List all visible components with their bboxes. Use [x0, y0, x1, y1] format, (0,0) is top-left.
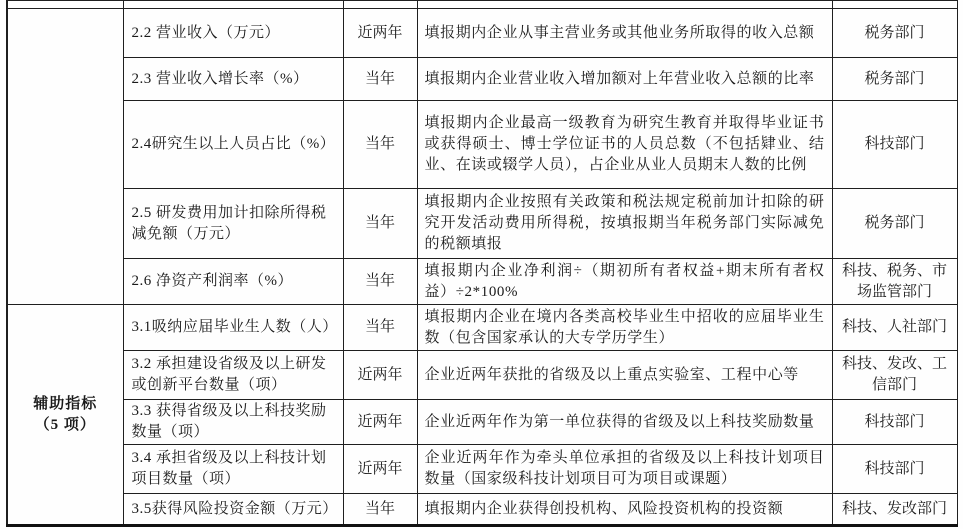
table-row: 3.5获得风险投资金额（万元） 当年 填报期内企业获得创投机构、风险投资机构的投…: [7, 494, 957, 526]
category-cell-empty: [7, 9, 123, 305]
indicator-name: 3.4 承担省级及以上科技计划项目数量（项）: [123, 445, 343, 494]
description-cell: 填报期内企业获得创投机构、风险投资机构的投资额: [417, 494, 832, 526]
description-cell: 填报期内企业营业收入增加额对上年营业收入总额的比率: [417, 58, 832, 101]
table-row: 2.5 研发费用加计扣除所得税减免额（万元） 当年 填报期内企业按照有关政策和税…: [7, 189, 957, 259]
indicator-name: 3.3 获得省级及以上科技奖励数量（项）: [123, 400, 343, 445]
table-row: 3.2 承担建设省级及以上研发或创新平台数量（项） 近两年 企业近两年获批的省级…: [7, 351, 957, 400]
department-cell: 科技、发改、工信部门: [832, 351, 957, 400]
table-row: 3.4 承担省级及以上科技计划项目数量（项） 近两年 企业近两年作为牵头单位承担…: [7, 445, 957, 494]
indicator-name: 3.5获得风险投资金额（万元）: [123, 494, 343, 526]
department-cell: 科技、发改部门: [832, 494, 957, 526]
description-cell: 填报期内企业从事主营业务或其他业务所取得的收入总额: [417, 9, 832, 58]
partial-cell: [343, 1, 417, 9]
table-row: 2.4研究生以上人员占比（%） 当年 填报期内企业最高一级教育为研究生教育并取得…: [7, 101, 957, 189]
category-label-line1: 辅助指标: [12, 394, 119, 415]
category-label-line2: （5 项）: [12, 415, 119, 436]
department-cell: 税务部门: [832, 58, 957, 101]
department-cell: 科技、人社部门: [832, 305, 957, 351]
table-row: 2.6 净资产利润率（%） 当年 填报期内企业净利润÷（期初所有者权益+期末所有…: [7, 259, 957, 305]
description-cell: 填报期内企业最高一级教育为研究生教育并取得毕业证书或获得硕士、博士学位证书的人员…: [417, 101, 832, 189]
description-cell: 企业近两年作为第一单位获得的省级及以上科技奖励数量: [417, 400, 832, 445]
department-cell: 税务部门: [832, 189, 957, 259]
indicator-name: 3.2 承担建设省级及以上研发或创新平台数量（项）: [123, 351, 343, 400]
category-cell: 辅助指标 （5 项）: [7, 305, 123, 526]
partial-cell: [7, 1, 123, 9]
period-cell: 近两年: [343, 445, 417, 494]
period-cell: 当年: [343, 101, 417, 189]
table-row: 2.3 营业收入增长率（%） 当年 填报期内企业营业收入增加额对上年营业收入总额…: [7, 58, 957, 101]
table-row-partial: [7, 1, 957, 9]
indicator-name: 2.3 营业收入增长率（%）: [123, 58, 343, 101]
department-cell: 科技部门: [832, 101, 957, 189]
description-cell: 填报期内企业按照有关政策和税法规定税前加计扣除的研究开发活动费用所得税，按填报期…: [417, 189, 832, 259]
indicator-name: 2.5 研发费用加计扣除所得税减免额（万元）: [123, 189, 343, 259]
period-cell: 当年: [343, 58, 417, 101]
table-row: 3.3 获得省级及以上科技奖励数量（项） 近两年 企业近两年作为第一单位获得的省…: [7, 400, 957, 445]
period-cell: 近两年: [343, 351, 417, 400]
partial-cell: [832, 1, 957, 9]
indicator-name: 2.4研究生以上人员占比（%）: [123, 101, 343, 189]
description-cell: 企业近两年作为牵头单位承担的省级及以上科技计划项目数量（国家级科技计划项目可为项…: [417, 445, 832, 494]
period-cell: 当年: [343, 259, 417, 305]
description-cell: 企业近两年获批的省级及以上重点实验室、工程中心等: [417, 351, 832, 400]
indicator-name: 2.6 净资产利润率（%）: [123, 259, 343, 305]
document-page: 2.2 营业收入（万元） 近两年 填报期内企业从事主营业务或其他业务所取得的收入…: [0, 0, 963, 529]
description-cell: 填报期内企业净利润÷（期初所有者权益+期末所有者权益）÷2*100%: [417, 259, 832, 305]
department-cell: 科技部门: [832, 400, 957, 445]
partial-cell: [417, 1, 832, 9]
indicator-table: 2.2 营业收入（万元） 近两年 填报期内企业从事主营业务或其他业务所取得的收入…: [6, 0, 958, 527]
partial-cell: [123, 1, 343, 9]
table-row: 2.2 营业收入（万元） 近两年 填报期内企业从事主营业务或其他业务所取得的收入…: [7, 9, 957, 58]
period-cell: 当年: [343, 494, 417, 526]
department-cell: 科技、税务、市场监管部门: [832, 259, 957, 305]
description-cell: 填报期内企业在境内各类高校毕业生中招收的应届毕业生数（包含国家承认的大专学历学生…: [417, 305, 832, 351]
indicator-name: 2.2 营业收入（万元）: [123, 9, 343, 58]
department-cell: 科技部门: [832, 445, 957, 494]
period-cell: 当年: [343, 189, 417, 259]
indicator-name: 3.1吸纳应届毕业生人数（人）: [123, 305, 343, 351]
department-cell: 税务部门: [832, 9, 957, 58]
period-cell: 近两年: [343, 400, 417, 445]
table-row: 辅助指标 （5 项） 3.1吸纳应届毕业生人数（人） 当年 填报期内企业在境内各…: [7, 305, 957, 351]
period-cell: 当年: [343, 305, 417, 351]
period-cell: 近两年: [343, 9, 417, 58]
